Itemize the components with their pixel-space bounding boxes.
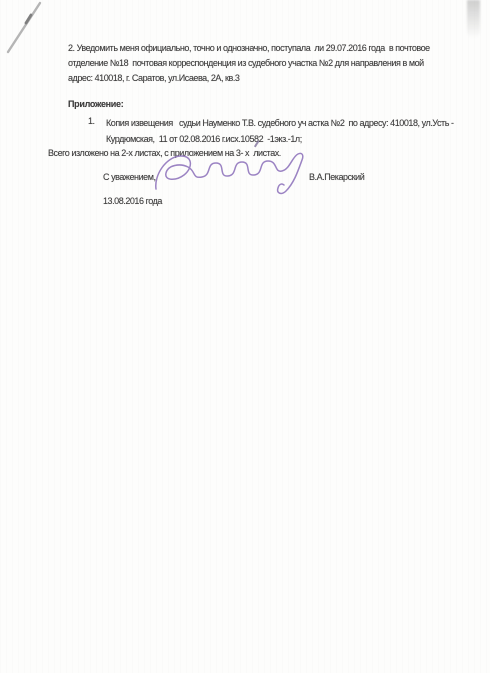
request-paragraph: 2. Уведомить меня официально, точно и од… — [68, 41, 430, 86]
request-paragraph-line: 2. Уведомить меня официально, точно и од… — [68, 41, 430, 56]
scan-diagonal-mark — [0, 0, 60, 60]
attachment-item: 1. Копия извещения судьи Науменко Т.В. с… — [88, 116, 454, 147]
attachment-heading: Приложение: — [68, 99, 123, 109]
scanned-letter-page: 2. Уведомить меня официально, точно и од… — [0, 0, 490, 673]
request-paragraph-line: отделение №18 почтовая корреспонденция и… — [68, 56, 430, 71]
request-paragraph-line: адрес: 410018, г. Саратов, ул.Исаева, 2А… — [68, 71, 430, 86]
attachment-item-line: Копия извещения судьи Науменко Т.В. суде… — [106, 116, 454, 132]
attachment-item-text: Копия извещения судьи Науменко Т.В. суде… — [106, 116, 454, 147]
handwritten-signature — [148, 147, 323, 202]
signature-name: В.А.Пекарский — [309, 172, 364, 182]
attachment-item-number: 1. — [88, 116, 106, 147]
attachment-item-line: Курдюмская, 11 от 02.08.2016 г.исх.10582… — [106, 132, 454, 148]
scan-edge-shadow — [467, 0, 480, 38]
date-line: 13.08.2016 года — [103, 196, 162, 206]
